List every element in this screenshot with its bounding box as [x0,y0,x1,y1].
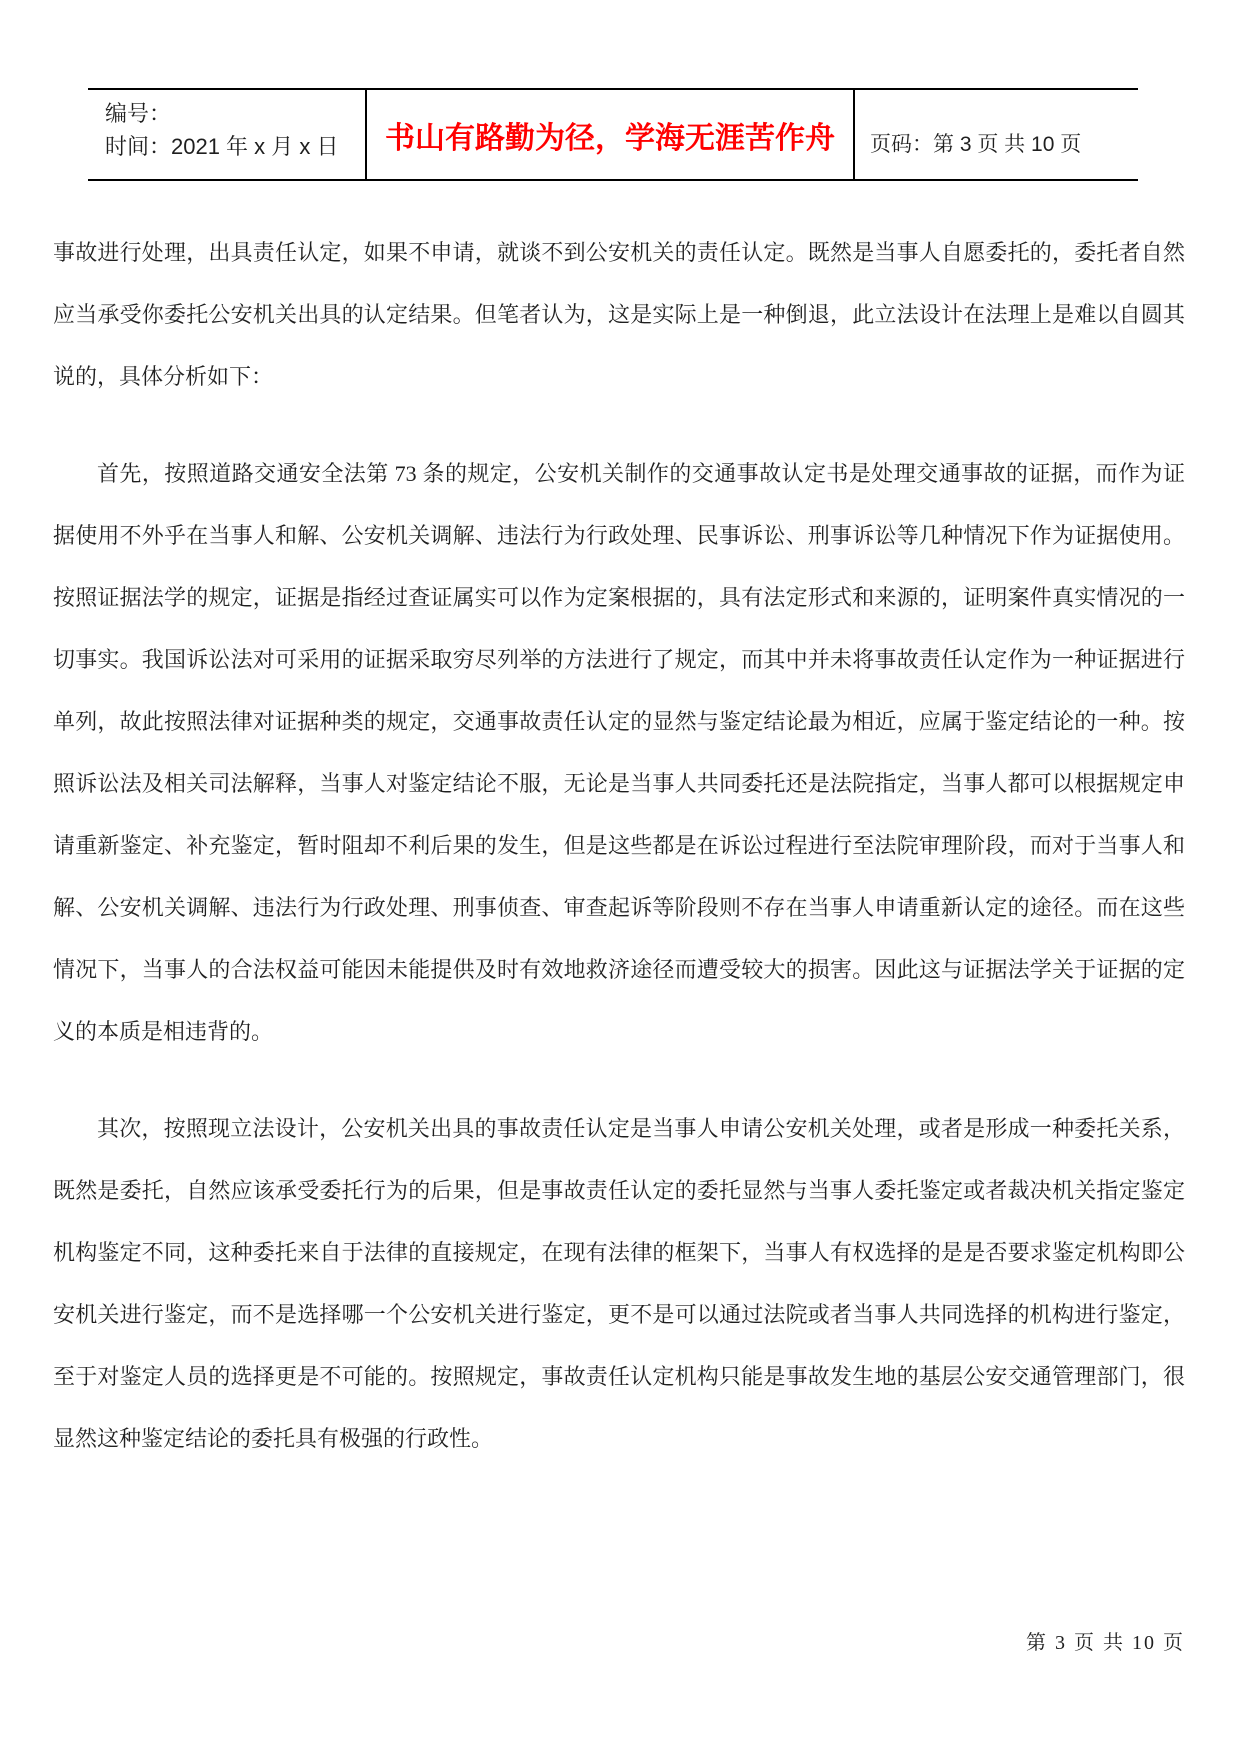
header-cell-meta: 编号： 时间：2021 年 x 月 x 日 [88,90,367,179]
body-paragraph: 其次，按照现立法设计，公安机关出具的事故责任认定是当事人申请公安机关处理，或者是… [53,1098,1185,1470]
document-page: { "colors": { "slogan_red": "#ff0000", "… [0,0,1241,1754]
document-body: 事故进行处理，出具责任认定，如果不申请，就谈不到公安机关的责任认定。既然是当事人… [53,222,1185,1505]
body-paragraph: 事故进行处理，出具责任认定，如果不申请，就谈不到公安机关的责任认定。既然是当事人… [53,222,1185,408]
body-paragraph: 首先，按照道路交通安全法第 73 条的规定，公安机关制作的交通事故认定书是处理交… [53,443,1185,1063]
footer-page-number: 第 3 页 共 10 页 [1026,1626,1185,1655]
slogan-text: 书山有路勤为径，学海无涯苦作舟 [385,113,835,157]
doc-date-label: 时间：2021 年 x 月 x 日 [105,130,365,163]
header-table: 编号： 时间：2021 年 x 月 x 日 书山有路勤为径，学海无涯苦作舟 页码… [88,88,1138,181]
header-cell-slogan: 书山有路勤为径，学海无涯苦作舟 [367,90,855,179]
page-number-label: 页码：第 3 页 共 10 页 [870,128,1081,158]
doc-number-label: 编号： [105,97,365,130]
header-cell-page-number: 页码：第 3 页 共 10 页 [855,90,1138,179]
